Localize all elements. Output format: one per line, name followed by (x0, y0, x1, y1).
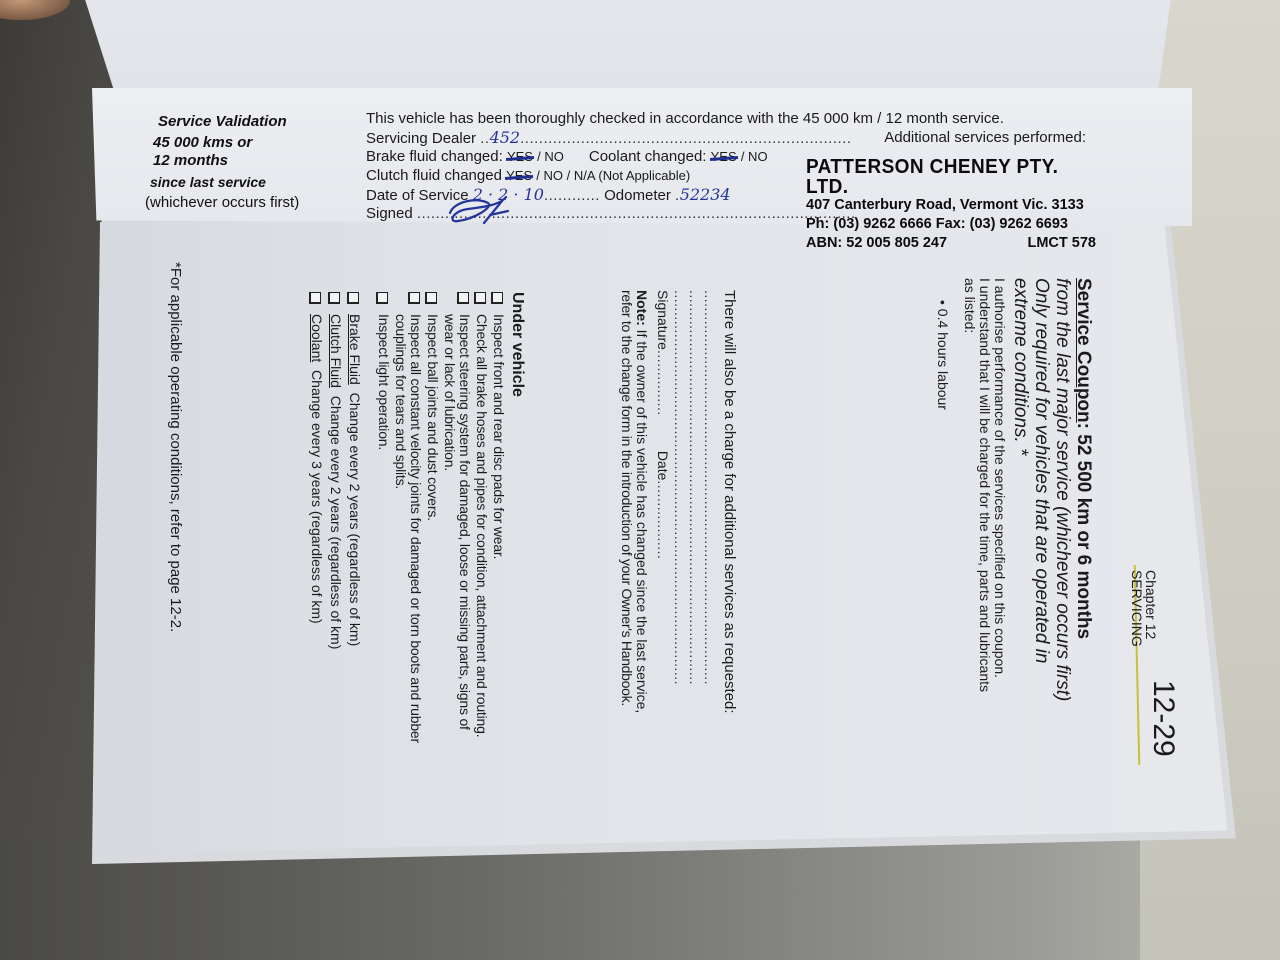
checklist-item: Inspect steering system for damaged, loo… (442, 292, 472, 743)
section-label: SERVICING (1130, 570, 1144, 647)
checkbox[interactable] (347, 292, 359, 304)
checklist-item: Inspect all constant velocity joints for… (393, 292, 423, 743)
fluid-item: Brake Fluid Change every 2 years (regard… (347, 292, 362, 743)
fluid-item: Clutch Fluid Change every 2 years (regar… (328, 292, 343, 743)
signed-label: Signed (366, 205, 413, 222)
validation-whichever: (whichever occurs first) (145, 194, 355, 211)
checklist-item-text: Inspect front and rear disc pads for wea… (491, 314, 506, 559)
checklist-item: Inspect light operation. (376, 292, 391, 743)
checklist-item: Inspect front and rear disc pads for wea… (491, 292, 506, 743)
under-vehicle-section: Under vehicle Inspect front and rear dis… (309, 292, 526, 743)
checklist-item-text: couplings for tears and splits. (393, 314, 408, 743)
checkbox[interactable] (457, 292, 469, 304)
stamp-abn: ABN: 52 005 805 247 (806, 234, 947, 253)
date-field-label: Date (655, 451, 671, 481)
brake-fluid-label: Brake fluid changed: (366, 148, 503, 165)
fluid-name: Clutch Fluid (328, 314, 343, 388)
coupon-title: Service Coupon (1073, 278, 1094, 423)
fluid-rule: Change every 2 years (regardless of km) (347, 393, 362, 647)
fluid-rule: Change every 3 years (regardless of km) (309, 370, 324, 624)
validation-statement: This vehicle has been thoroughly checked… (366, 109, 1086, 128)
checklist-item-text: Inspect steering system for damaged, loo… (457, 314, 472, 730)
additional-line-1[interactable]: ........................................… (702, 290, 717, 714)
checkbox[interactable] (425, 292, 437, 304)
odometer-label: Odometer (604, 187, 671, 204)
chapter-label: Chapter 12 SERVICING (1130, 570, 1158, 647)
checklist-item-text: Inspect ball joints and dust covers. (425, 314, 440, 521)
authorisation-text: I authorise performance of the services … (962, 278, 1007, 701)
dealer-row: Servicing Dealer ..452..................… (366, 128, 1086, 147)
additional-services-label: Additional services performed: (884, 128, 1086, 147)
checkbox[interactable] (408, 292, 420, 304)
thumb (0, 0, 70, 20)
brake-yes-struck[interactable]: YES (507, 149, 533, 164)
signature-label: Signature (655, 290, 671, 350)
stamp-phone: Ph: (03) 9262 6666 Fax: (03) 9262 6693 (806, 215, 1106, 234)
stamp-lmct: LMCT 578 (1028, 234, 1097, 253)
clutch-fluid-label: Clutch fluid changed (366, 167, 502, 184)
validation-title: Service Validation (158, 113, 355, 130)
owner-note: Note: If the owner of this vehicle has c… (619, 290, 649, 714)
validation-header: Service Validation 45 000 kms or 12 mont… (145, 113, 355, 211)
checkbox[interactable] (491, 292, 503, 304)
coolant-yes-struck[interactable]: YES (711, 149, 737, 164)
fluid-checklist: Brake Fluid Change every 2 years (regard… (309, 292, 362, 743)
dealer-label: Servicing Dealer (366, 130, 476, 147)
fluid-name: Coolant (309, 314, 324, 362)
coupon-heading: Service Coupon: 52 500 km or 6 months fr… (935, 278, 1094, 701)
labour-item: • 0.4 hours labour (935, 300, 950, 701)
under-vehicle-checklist: Inspect front and rear disc pads for wea… (376, 292, 506, 743)
dealer-stamp: PATTERSON CHENEY PTY. LTD. 407 Canterbur… (806, 158, 1106, 253)
checklist-item-text: Check all brake hoses and pipes for cond… (474, 314, 489, 737)
under-vehicle-heading: Under vehicle (508, 292, 526, 743)
validation-since: since last service (150, 174, 355, 190)
validation-interval: 45 000 kms or 12 months (153, 134, 355, 170)
stamp-address: 407 Canterbury Road, Vermont Vic. 3133 (806, 196, 1106, 215)
signature-date-row: Signature............... Date...........… (655, 290, 670, 714)
fluid-name: Brake Fluid (347, 314, 362, 385)
checklist-item-text: Inspect light operation. (376, 314, 391, 450)
fluid-rule: Change every 2 years (regardless of km) (328, 396, 343, 650)
coolant-label: Coolant changed: (589, 148, 707, 165)
stamp-company: PATTERSON CHENEY PTY. LTD. (806, 157, 1106, 197)
checkbox[interactable] (376, 292, 388, 304)
checkbox[interactable] (474, 292, 486, 304)
checklist-item: Check all brake hoses and pipes for cond… (474, 292, 489, 743)
checklist-item: Inspect ball joints and dust covers. (425, 292, 440, 743)
dealer-value[interactable]: 452 (490, 128, 521, 147)
checkbox[interactable] (309, 292, 321, 304)
fluid-item: Coolant Change every 3 years (regardless… (309, 292, 324, 743)
checklist-item-text: Inspect all constant velocity joints for… (408, 314, 423, 743)
page-number: 12-29 (1146, 680, 1180, 757)
checkbox[interactable] (328, 292, 340, 304)
clutch-yes-struck[interactable]: YES (506, 168, 532, 183)
odometer-value[interactable]: 52234 (680, 185, 731, 204)
additional-line-2[interactable]: ........................................… (687, 290, 702, 714)
checklist-item-text: wear or lack of lubrication. (442, 314, 457, 730)
additional-line-3[interactable]: ........................................… (672, 290, 687, 714)
signature-scribble (444, 193, 514, 227)
additional-services-block: There will also be a charge for addition… (619, 290, 738, 714)
footnote: *For applicable operating conditions, re… (168, 262, 183, 632)
